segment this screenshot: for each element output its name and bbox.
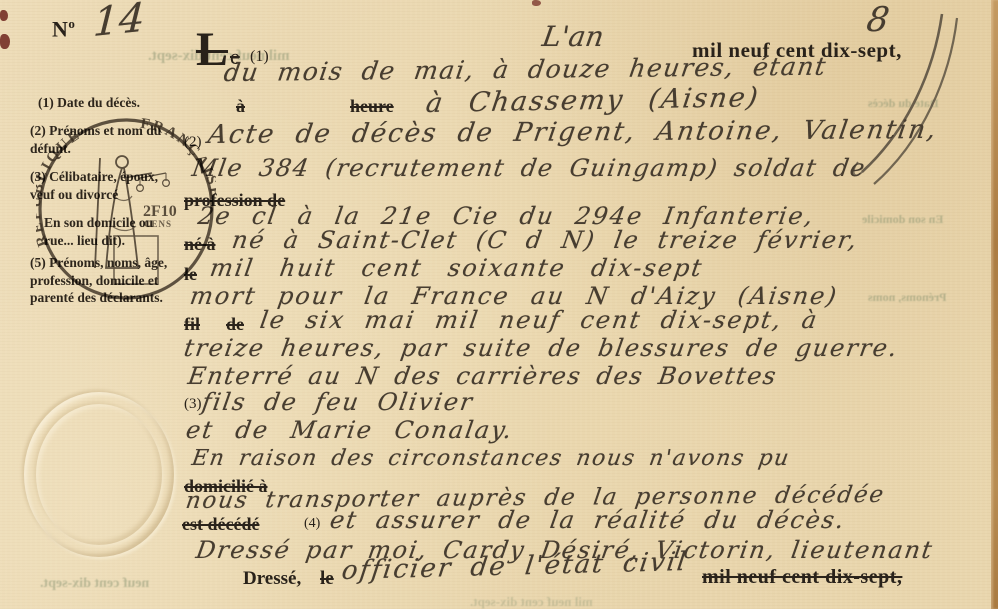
bleedthrough-text: neuf cent dix-sept. bbox=[40, 576, 149, 592]
handwritten-death-date-line: le six mai mil neuf cent dix-sept, à bbox=[258, 306, 821, 334]
ink-spot bbox=[0, 34, 10, 49]
handwritten-birthyear-line: mil huit cent soixante dix-sept bbox=[208, 254, 705, 282]
handwritten-acte-line: Acte de décès de Prigent, Antoine, Valen… bbox=[206, 115, 940, 150]
ink-spot bbox=[0, 10, 8, 21]
footnote-ref-4: (4) bbox=[304, 516, 320, 532]
handwritten-assurer-line: et assurer de la réalité du décès. bbox=[328, 506, 848, 534]
handwritten-matricule-line: Mle 384 (recrutement de Guingamp) soldat… bbox=[190, 154, 868, 182]
printed-year2-struck: mil neuf cent dix-sept, bbox=[702, 566, 902, 589]
svg-text:RÉPUBLIQUE: RÉPUBLIQUE bbox=[36, 126, 84, 248]
printed-fil-struck: fil bbox=[184, 314, 200, 335]
printed-dresse: Dressé, bbox=[243, 568, 301, 590]
bleedthrough-text: Prénoms, noms bbox=[868, 290, 947, 305]
handwritten-place: à Chassemy (Aisne) bbox=[424, 82, 762, 119]
handwritten-death-cause-line: treize heures, par suite de blessures de… bbox=[182, 334, 901, 362]
margin-note-1: (1) Date du décès. bbox=[38, 94, 206, 112]
footnote-ref-3: (3) bbox=[184, 396, 202, 413]
handwritten-raison-line: En raison des circonstances nous n'avons… bbox=[190, 446, 792, 471]
handwritten-lan: L'an bbox=[540, 20, 606, 53]
ink-spot bbox=[532, 0, 541, 6]
act-number-label: No bbox=[52, 16, 75, 42]
act-number-value: 14 bbox=[92, 0, 146, 46]
printed-heure-struck: heure bbox=[350, 96, 394, 117]
printed-a-struck: à bbox=[236, 96, 245, 117]
svg-text:FRANÇAISE: FRANÇAISE bbox=[139, 116, 216, 201]
handwritten-burial-line: Enterré au N des carrières des Bovettes bbox=[186, 362, 779, 390]
handwritten-father-line: fils de feu Olivier bbox=[200, 388, 476, 416]
scanned-death-certificate: mil neuf cent dix-sept. neuf cent dix-se… bbox=[0, 0, 998, 609]
republique-francaise-stamp: RÉPUBLIQUE FRANÇAISE 2F10 CENS bbox=[36, 116, 216, 302]
bleedthrough-text: mil neuf cent dix-sept. bbox=[470, 594, 593, 609]
handwritten-birth-line: né à Saint-Clet (C d N) le treize févrie… bbox=[230, 226, 860, 254]
embossed-seal bbox=[24, 392, 174, 557]
printed-le-initial: L bbox=[196, 22, 228, 77]
bleedthrough-text: En son domicile bbox=[862, 212, 943, 227]
printed-de-struck: de bbox=[226, 314, 244, 335]
handwritten-mother-line: et de Marie Conalay. bbox=[184, 416, 516, 444]
svg-text:CENS: CENS bbox=[144, 219, 172, 229]
printed-est-decede-struck: est décédé bbox=[182, 514, 259, 535]
svg-text:2F10: 2F10 bbox=[143, 203, 177, 220]
printed-le2-struck: le bbox=[320, 568, 334, 590]
